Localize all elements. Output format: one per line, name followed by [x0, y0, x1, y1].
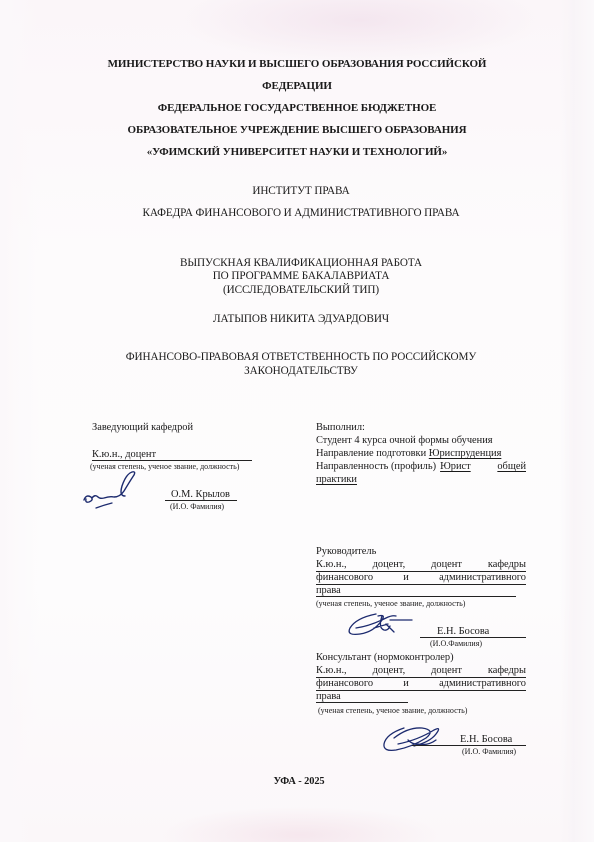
head-credentials-underline: [92, 460, 252, 461]
head-signature-icon: [78, 466, 158, 516]
work-type-line-3: (ИССЛЕДОВАТЕЛЬСКИЙ ТИП): [4, 284, 594, 297]
supervisor-signature-icon: [346, 608, 416, 642]
direction-label: Направление подготовки: [316, 448, 426, 459]
consultant-credentials-caption: (ученая степень, ученое звание, должност…: [318, 706, 467, 716]
profile-line: Направленность (профиль) Юрист общей: [316, 460, 526, 473]
department-name: КАФЕДРА ФИНАНСОВОГО И АДМИНИСТРАТИВНОГО …: [4, 207, 594, 220]
direction-value: Юриспруденция: [429, 448, 502, 459]
supervisor-name-caption: (И.О.Фамилия): [430, 639, 482, 649]
institution-line-2: ОБРАЗОВАТЕЛЬНОЕ УЧРЕЖДЕНИЕ ВЫСШЕГО ОБРАЗ…: [0, 124, 594, 137]
consultant-credentials-line-1: К.ю.н., доцент, доцент кафедры: [316, 664, 526, 678]
supervisor-label: Руководитель: [316, 545, 376, 558]
consultant-signature-icon: [378, 722, 458, 756]
author-name: ЛАТЫПОВ НИКИТА ЭДУАРДОВИЧ: [4, 313, 594, 326]
work-type-line-1: ВЫПУСКНАЯ КВАЛИФИКАЦИОННАЯ РАБОТА: [4, 257, 594, 270]
institute-name: ИНСТИТУТ ПРАВА: [4, 185, 594, 198]
city-year: УФА - 2025: [2, 775, 594, 788]
consultant-label: Консультант (нормоконтролер): [316, 651, 454, 664]
thesis-title-line-2: ЗАКОНОДАТЕЛЬСТВУ: [4, 365, 594, 378]
work-type-line-2: ПО ПРОГРАММЕ БАКАЛАВРИАТА: [4, 270, 594, 283]
supervisor-credentials-underline: [316, 596, 516, 597]
ministry-line-2: ФЕДЕРАЦИИ: [0, 80, 594, 93]
profile-value: Юрист общей: [440, 460, 526, 473]
institution-line-1: ФЕДЕРАЛЬНОЕ ГОСУДАРСТВЕННОЕ БЮДЖЕТНОЕ: [0, 102, 594, 115]
profile-value-line-2: практики: [316, 473, 357, 486]
supervisor-credentials-line-2: финансового и административного: [316, 571, 526, 585]
student-course: Студент 4 курса очной формы обучения: [316, 434, 493, 447]
head-name-underline: [165, 500, 237, 501]
completed-by-label: Выполнил:: [316, 421, 365, 434]
head-of-department-label: Заведующий кафедрой: [92, 421, 193, 434]
supervisor-name-underline: [420, 637, 526, 638]
thesis-title-line-1: ФИНАНСОВО-ПРАВОВАЯ ОТВЕТСТВЕННОСТЬ ПО РО…: [4, 351, 594, 364]
university-name: «УФИМСКИЙ УНИВЕРСИТЕТ НАУКИ И ТЕХНОЛОГИЙ…: [0, 146, 594, 159]
profile-label: Направленность (профиль): [316, 460, 436, 473]
consultant-credentials-underline: [316, 702, 408, 703]
head-name-caption: (И.О. Фамилия): [170, 502, 224, 512]
direction-line: Направление подготовки Юриспруденция: [316, 447, 501, 460]
supervisor-credentials-line-1: К.ю.н., доцент, доцент кафедры: [316, 558, 526, 572]
consultant-credentials-line-2: финансового и административного: [316, 677, 526, 691]
consultant-name-caption: (И.О. Фамилия): [462, 747, 516, 757]
consultant-name-underline: [412, 745, 526, 746]
ministry-line-1: МИНИСТЕРСТВО НАУКИ И ВЫСШЕГО ОБРАЗОВАНИЯ…: [0, 58, 594, 71]
